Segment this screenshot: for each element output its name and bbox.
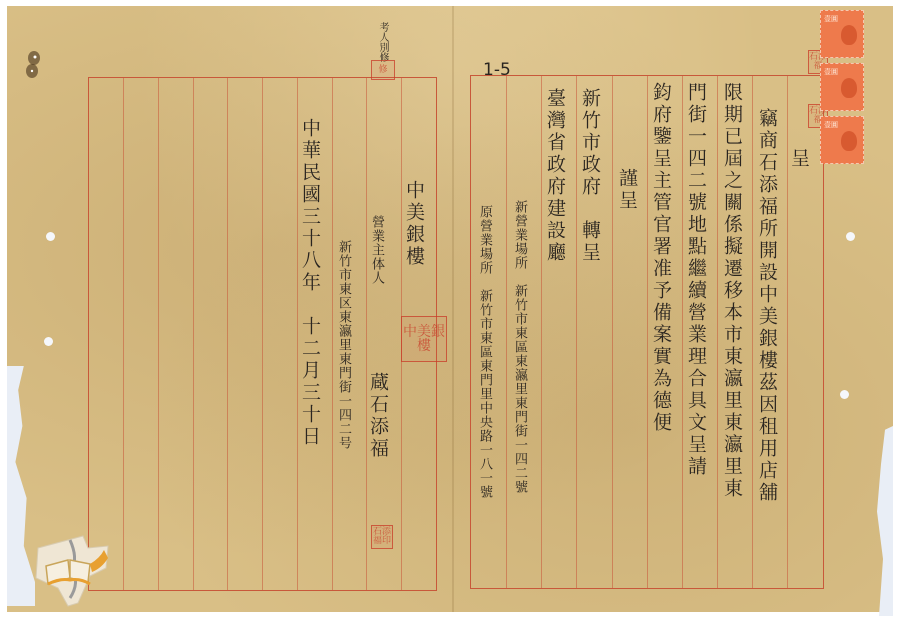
binding-hole — [44, 337, 53, 346]
recipient-hsinchu-govt: 新竹市政府 轉呈 — [580, 88, 599, 264]
body-line-4: 鈞府鑒呈主管官署准予備案實為德便 — [651, 82, 670, 434]
body-line-2: 限期已屆之關係擬遷移本市東瀛里東瀛里東 — [722, 82, 741, 500]
business-name: 中美銀樓 — [404, 180, 423, 268]
revenue-stamp: 壹圓 — [820, 116, 864, 164]
archive-logo-icon — [28, 528, 118, 608]
owner-name: 蔵石添福 — [368, 372, 387, 460]
shop-seal: 中美銀樓 — [401, 316, 447, 362]
rust-stain-icon — [26, 50, 40, 80]
document-date: 中華民國三十八年 十二月三十日 — [300, 118, 319, 448]
body-line-3: 門街一四二號地點繼續營業理合具文呈請 — [686, 82, 705, 478]
binding-hole — [840, 390, 849, 399]
left-ruled-frame — [88, 77, 437, 591]
recipient-taiwan-construction-dept: 臺灣省政府建設廳 — [545, 88, 564, 264]
owner-label: 營業主体人 — [370, 215, 383, 285]
closing-jincheng: 謹呈 — [617, 168, 636, 212]
corner-annotation: 考人別修 — [377, 22, 387, 62]
page-number: 1-5 — [483, 60, 511, 80]
page-fold — [452, 6, 454, 612]
body-line-1: 竊商石添福所開設中美銀樓茲因租用店舖 — [757, 108, 776, 504]
revenue-stamp: 壹圓 — [820, 10, 864, 58]
heading-cheng: 呈 — [789, 148, 808, 170]
revenue-stamp: 壹圓 — [820, 63, 864, 111]
binding-hole — [46, 232, 55, 241]
binding-hole — [846, 232, 855, 241]
corner-seal: 修 — [371, 60, 395, 80]
torn-edge-right — [873, 426, 893, 616]
old-address: 原營業場所 新竹市東區東門里中央路一八一號 — [478, 205, 491, 499]
new-address: 新營業場所 新竹市東區東瀛里東門街一四二號 — [513, 200, 526, 494]
owner-address: 新竹市東区東瀛里東門街一四二号 — [337, 240, 350, 450]
owner-seal: 石添福印 — [371, 525, 393, 549]
